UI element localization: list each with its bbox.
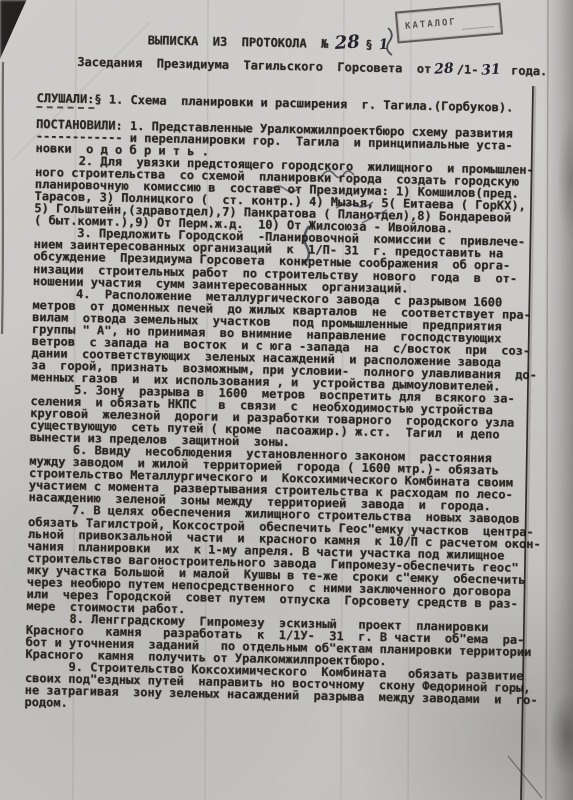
handwritten-year: 31: [481, 61, 502, 78]
subtitle-date-middle: /1-: [457, 62, 479, 76]
catalog-stamp-label: КАТАЛОГ: [405, 17, 458, 31]
section-sign: §: [365, 38, 373, 52]
scanned-document: ВЫПИСКА ИЗ ПРОТОКОЛА № 28 § 1 Заседания …: [0, 0, 573, 800]
typed-content: ВЫПИСКА ИЗ ПРОТОКОЛА № 28 § 1 Заседания …: [24, 26, 558, 726]
stamp-fill-line: [461, 11, 493, 30]
handwritten-protocol-number: 28: [334, 31, 360, 54]
handwritten-section-number: 1: [378, 37, 389, 54]
heard-label: СЛУШАЛИ:: [36, 91, 94, 109]
title-text: ВЫПИСКА ИЗ ПРОТОКОЛА №: [148, 33, 329, 51]
document-subtitle: Заседания Президиума Тагильского Горсове…: [77, 54, 547, 79]
heard-text: § 1. Схема планировки и расширения г. Та…: [94, 92, 513, 114]
document-title: ВЫПИСКА ИЗ ПРОТОКОЛА № 28 § 1: [148, 28, 389, 54]
subtitle-suffix: года.: [504, 63, 548, 78]
resolution-body: ------------ и перепланировки гор. Тагил…: [24, 130, 548, 718]
handwritten-day: 28: [434, 61, 455, 78]
page-right-shadow: [543, 0, 573, 800]
heard-section: СЛУШАЛИ:§ 1. Схема планировки и расширен…: [36, 92, 513, 115]
subtitle-text: Заседания Президиума Тагильского Горсове…: [77, 55, 431, 76]
